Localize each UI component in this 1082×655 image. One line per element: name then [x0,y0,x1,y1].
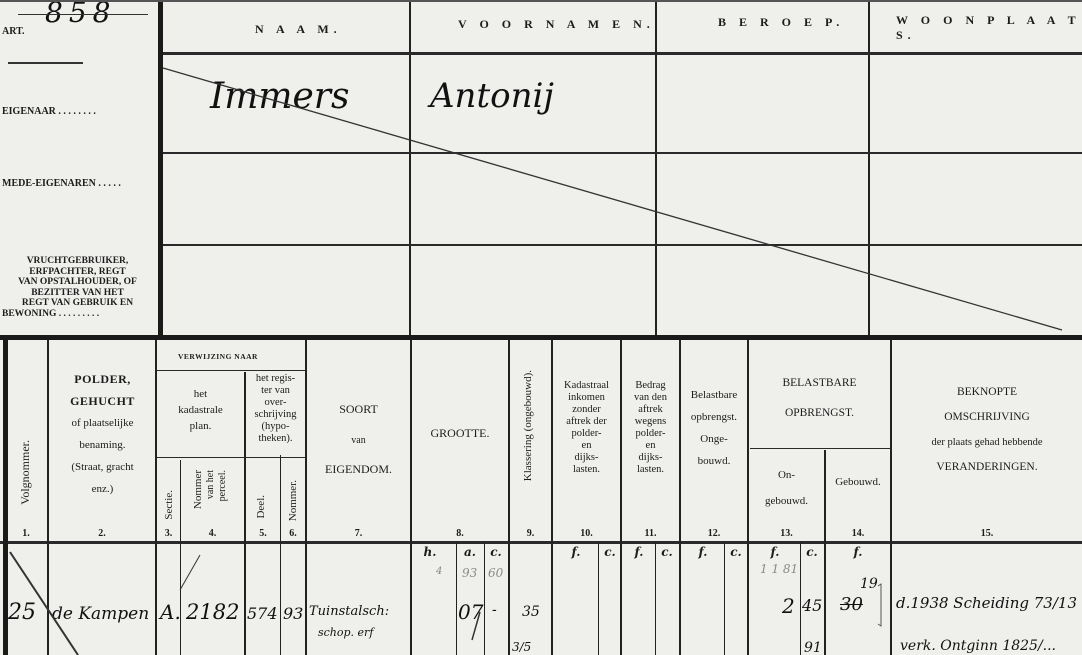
cancel-strike-lines [0,0,1082,655]
